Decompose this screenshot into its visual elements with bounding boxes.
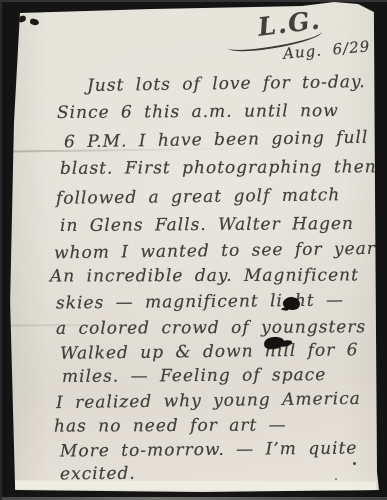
letter-line: Just lots of love for to-day. bbox=[87, 72, 366, 96]
letter-line: I realized why young America bbox=[56, 389, 361, 413]
letter-line: skies — magnificent light — bbox=[56, 290, 344, 313]
letter-line: miles. — Feeling of space bbox=[62, 365, 326, 387]
letter-line: has no need for art — bbox=[54, 415, 287, 436]
letter-line: Walked up & down hill for 6 bbox=[60, 340, 359, 364]
letter-line: An incredible day. Magnificent bbox=[50, 265, 359, 286]
letter-line: excited. bbox=[60, 464, 136, 485]
letter-line: More to-morrow. — I’m quite bbox=[60, 438, 358, 461]
letter-line: followed a great golf match bbox=[56, 185, 341, 208]
letter-line: blast. First photographing then bbox=[60, 157, 377, 179]
letter-line: a colored crowd of youngsters . bbox=[56, 317, 384, 339]
ink-speck bbox=[335, 478, 337, 480]
letter-line: Since 6 this a.m. until now bbox=[57, 101, 339, 123]
scan-frame: L.G. Aug. 6/29 Just lots of love for to-… bbox=[0, 0, 387, 500]
letter-sheet: L.G. Aug. 6/29 Just lots of love for to-… bbox=[2, 2, 387, 500]
ink-speck bbox=[353, 462, 356, 465]
letter-line: in Glens Falls. Walter Hagen bbox=[60, 214, 354, 236]
